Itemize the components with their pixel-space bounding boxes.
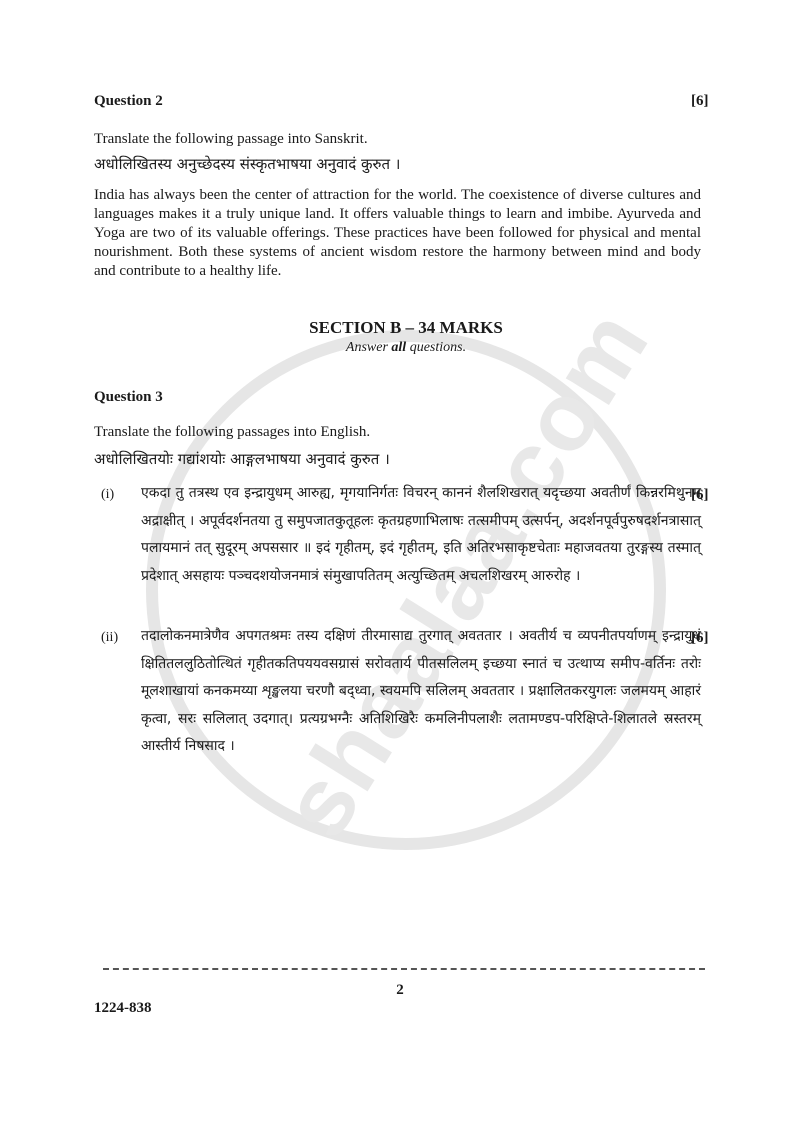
- footer-divider: [103, 968, 705, 970]
- subtitle-pre: Answer: [346, 340, 392, 355]
- paper-code: 1224-838: [94, 1000, 152, 1017]
- section-b-title: SECTION B – 34 MARKS: [6, 318, 800, 338]
- item-i-number: (i): [101, 487, 114, 503]
- item-i-marks: [6]: [691, 487, 709, 504]
- question-2-marks: [6]: [691, 93, 709, 110]
- subtitle-post: questions.: [406, 340, 466, 355]
- item-i-passage: एकदा तु तत्रस्थ एव इन्द्रायुधम् आरुह्य, …: [141, 480, 701, 590]
- question-3-heading: Question 3: [94, 389, 163, 406]
- question-2-heading: Question 2: [94, 93, 163, 110]
- subtitle-bold: all: [391, 340, 406, 355]
- question-3-instruction-sa: अधोलिखितयोः गद्यांशयोः आङ्गलभाषया अनुवाद…: [94, 449, 390, 469]
- item-ii-number: (ii): [101, 630, 118, 646]
- question-2-instruction-sa: अधोलिखितस्य अनुच्छेदस्य संस्कृतभाषया अनु…: [94, 154, 400, 174]
- question-3-instruction-en: Translate the following passages into En…: [94, 424, 370, 441]
- item-ii-marks: [6]: [691, 630, 709, 647]
- section-b-subtitle: Answer all questions.: [6, 340, 800, 356]
- question-2-passage: India has always been the center of attr…: [94, 186, 701, 281]
- question-2-instruction-en: Translate the following passage into San…: [94, 131, 368, 148]
- item-ii-passage: तदालोकनमात्रेणैव अपगतश्रमः तस्य दक्षिणं …: [141, 623, 701, 761]
- page-number: 2: [0, 982, 800, 999]
